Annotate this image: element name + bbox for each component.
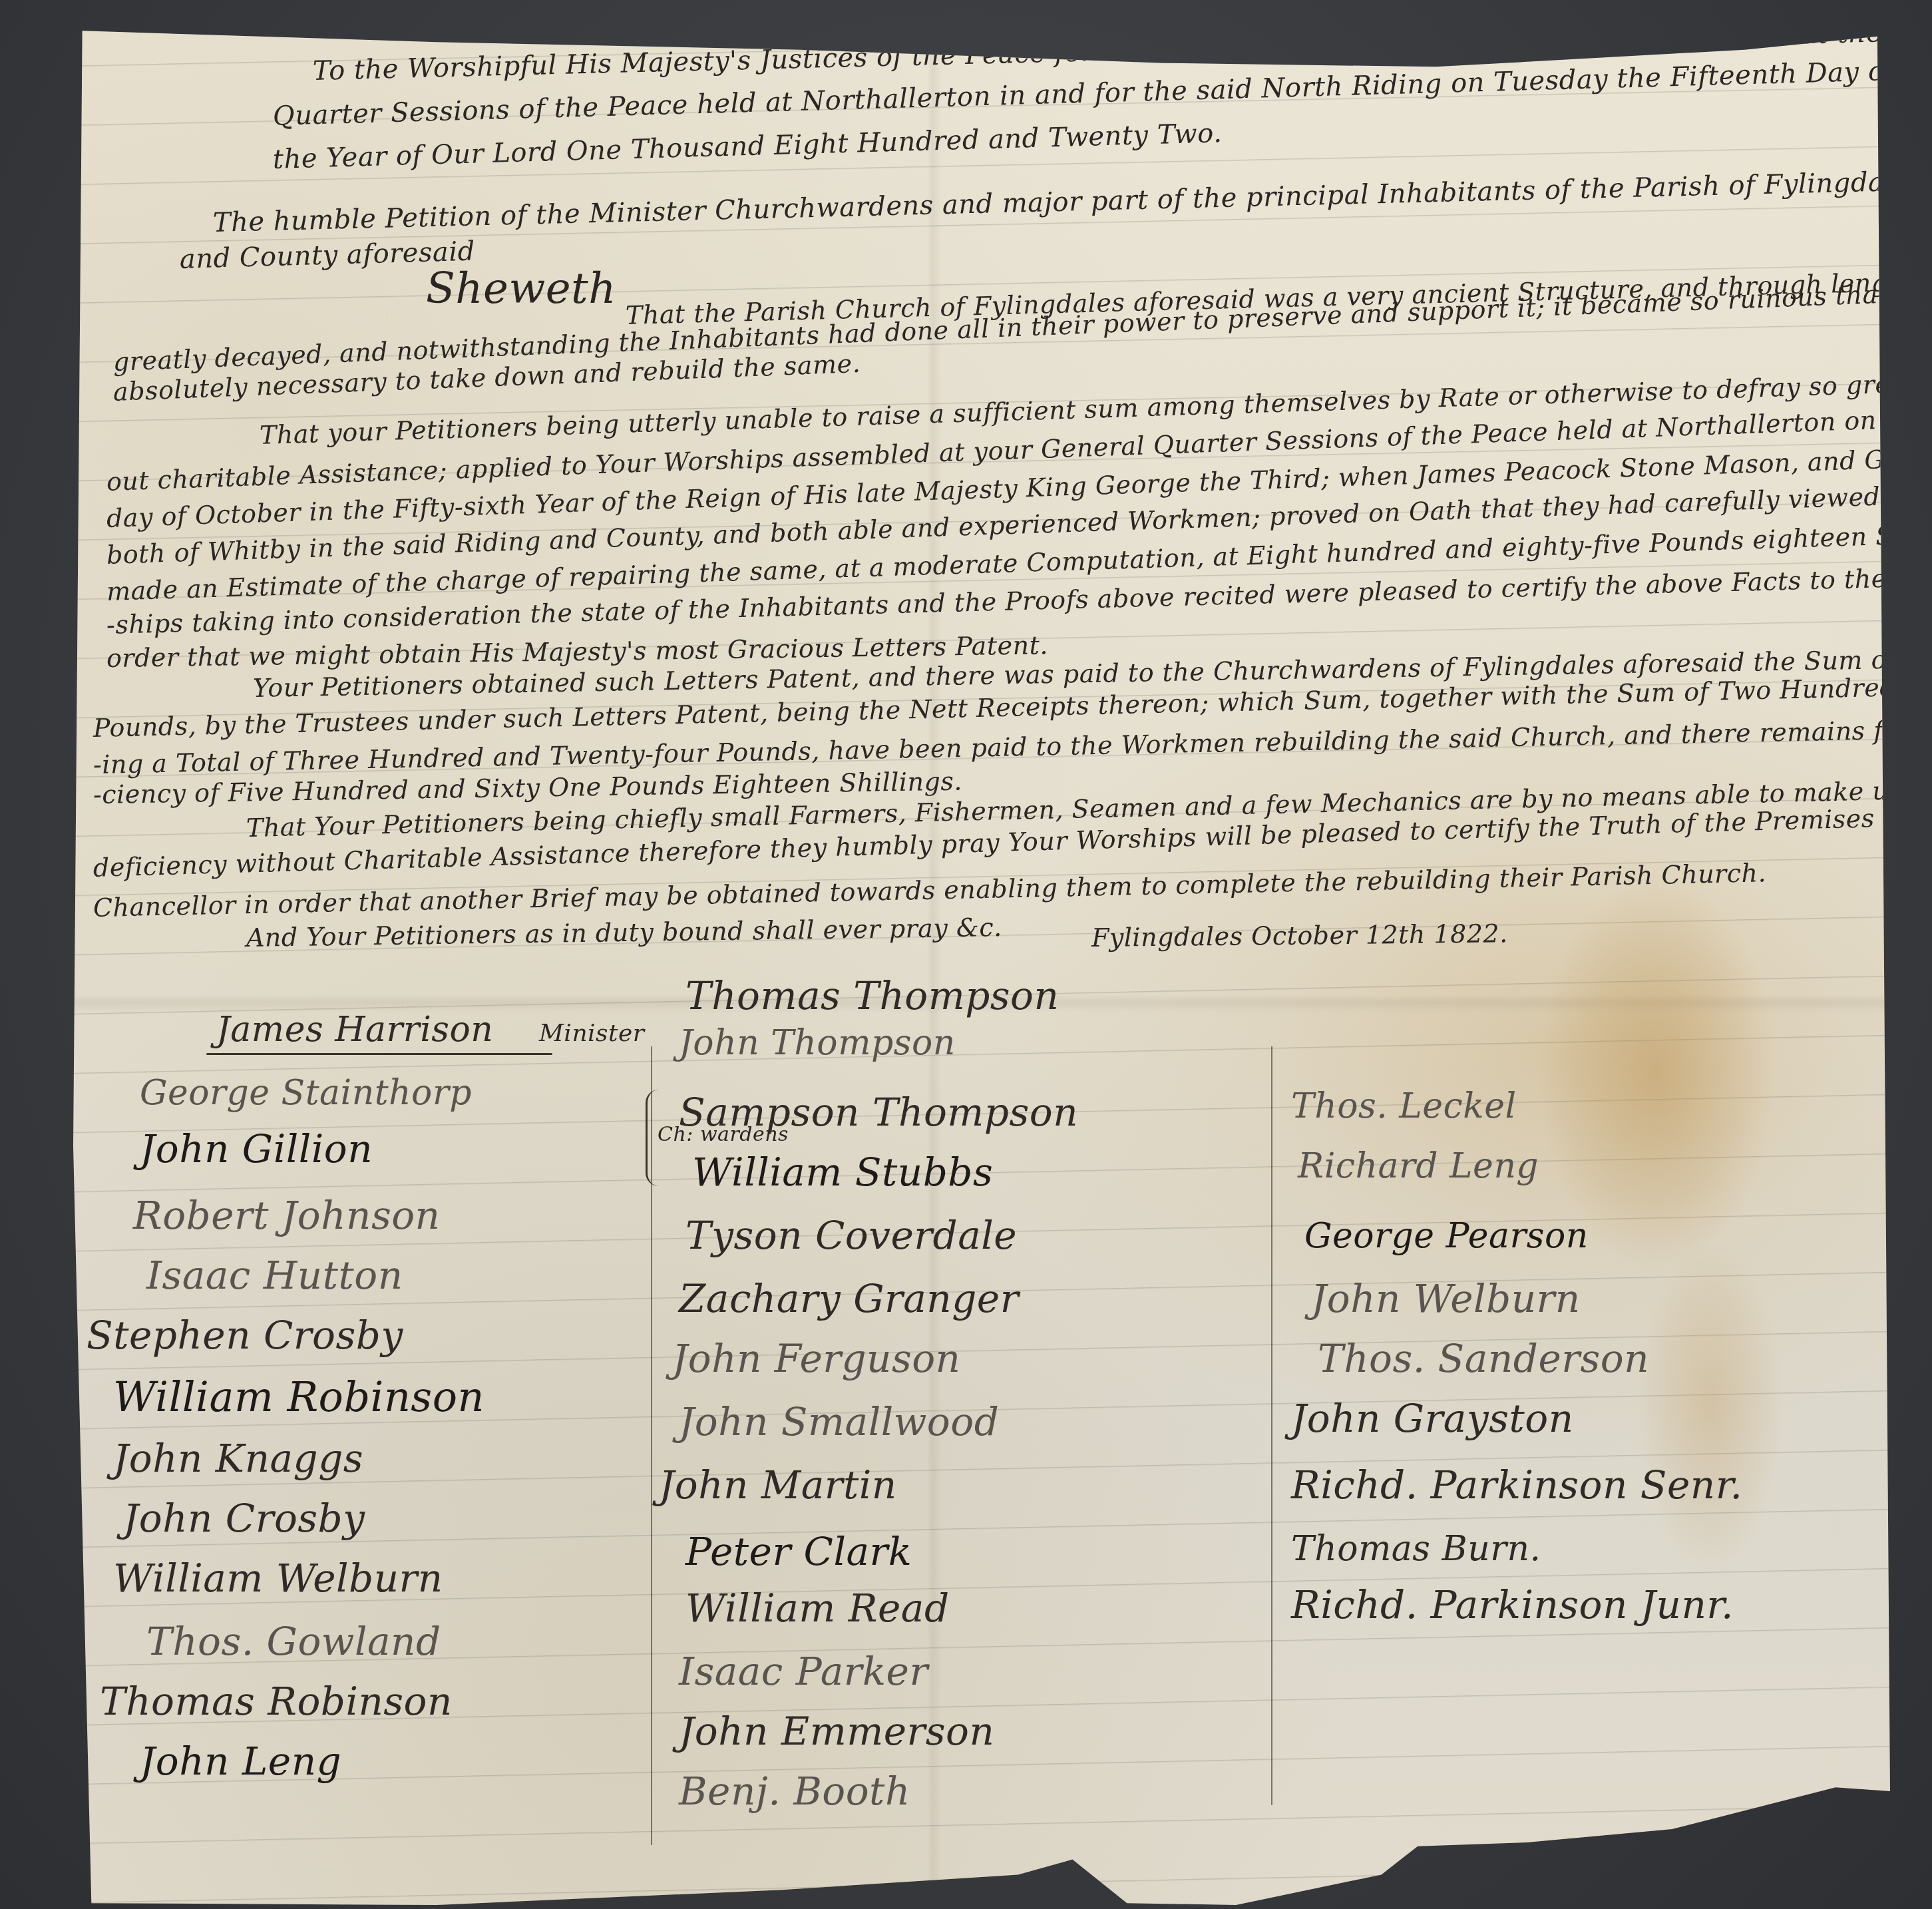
signature-middle: Peter Clark <box>685 1529 912 1574</box>
signature-right: Thos. Leckel <box>1291 1086 1517 1126</box>
signature-right: Richd. Parkinson Senr. <box>1291 1462 1743 1508</box>
role-minister: Minister <box>539 1020 645 1047</box>
sheweth-heading: Sheweth <box>426 264 616 314</box>
place-date: Fylingdales October 12th 1822. <box>1091 919 1508 953</box>
signature-middle: Benj. Booth <box>679 1769 910 1814</box>
signature-middle: John Martin <box>659 1462 897 1508</box>
signature-left: Isaac Hutton <box>146 1253 403 1298</box>
signature-churchwarden-2: John Gillion <box>140 1126 373 1171</box>
signature-left: John Knaggs <box>113 1436 363 1481</box>
signature-right: Richd. Parkinson Junr. <box>1291 1582 1734 1627</box>
signature-middle: Sampson Thompson <box>679 1090 1078 1135</box>
signature-left: William Welburn <box>113 1556 443 1601</box>
signature-middle: Tyson Coverdale <box>685 1213 1017 1258</box>
signature-middle: Thomas Thompson <box>685 973 1059 1018</box>
petition-paper: To the Worshipful His Majesty's Justices… <box>73 8 1890 1905</box>
signature-minister: James Harrison <box>216 1010 493 1050</box>
signature-right: John Grayston <box>1291 1396 1574 1441</box>
signature-left: Robert Johnson <box>133 1193 440 1238</box>
signature-left: William Robinson <box>113 1373 484 1421</box>
water-stain <box>1537 873 1777 1273</box>
signature-middle: William Read <box>685 1586 950 1631</box>
signature-right: George Pearson <box>1304 1216 1589 1256</box>
signature-left: John Leng <box>140 1739 341 1784</box>
minister-flourish <box>206 1053 552 1055</box>
signature-middle: John Emmerson <box>679 1709 994 1754</box>
signature-right: John Welburn <box>1311 1276 1581 1321</box>
signature-middle: John Ferguson <box>672 1336 960 1381</box>
signature-left: Thos. Gowland <box>146 1619 441 1664</box>
signature-churchwarden-1: George Stainthorp <box>140 1073 472 1113</box>
signature-middle: Zachary Granger <box>679 1276 1019 1321</box>
column-divider-right <box>1271 1046 1272 1805</box>
signature-right: Thos. Sanderson <box>1318 1336 1649 1381</box>
signature-right: Thomas Burn. <box>1291 1529 1541 1569</box>
signature-middle: William Stubbs <box>692 1150 993 1195</box>
signature-middle: Isaac Parker <box>679 1649 928 1694</box>
signature-left: Stephen Crosby <box>87 1313 403 1358</box>
signature-middle: John Smallwood <box>679 1399 999 1444</box>
signature-middle: John Thompson <box>679 1023 956 1063</box>
signature-left: John Crosby <box>123 1496 365 1541</box>
water-stain <box>1637 1239 1784 1572</box>
signature-right: Richard Leng <box>1298 1146 1539 1186</box>
signature-left: Thomas Robinson <box>100 1679 453 1724</box>
